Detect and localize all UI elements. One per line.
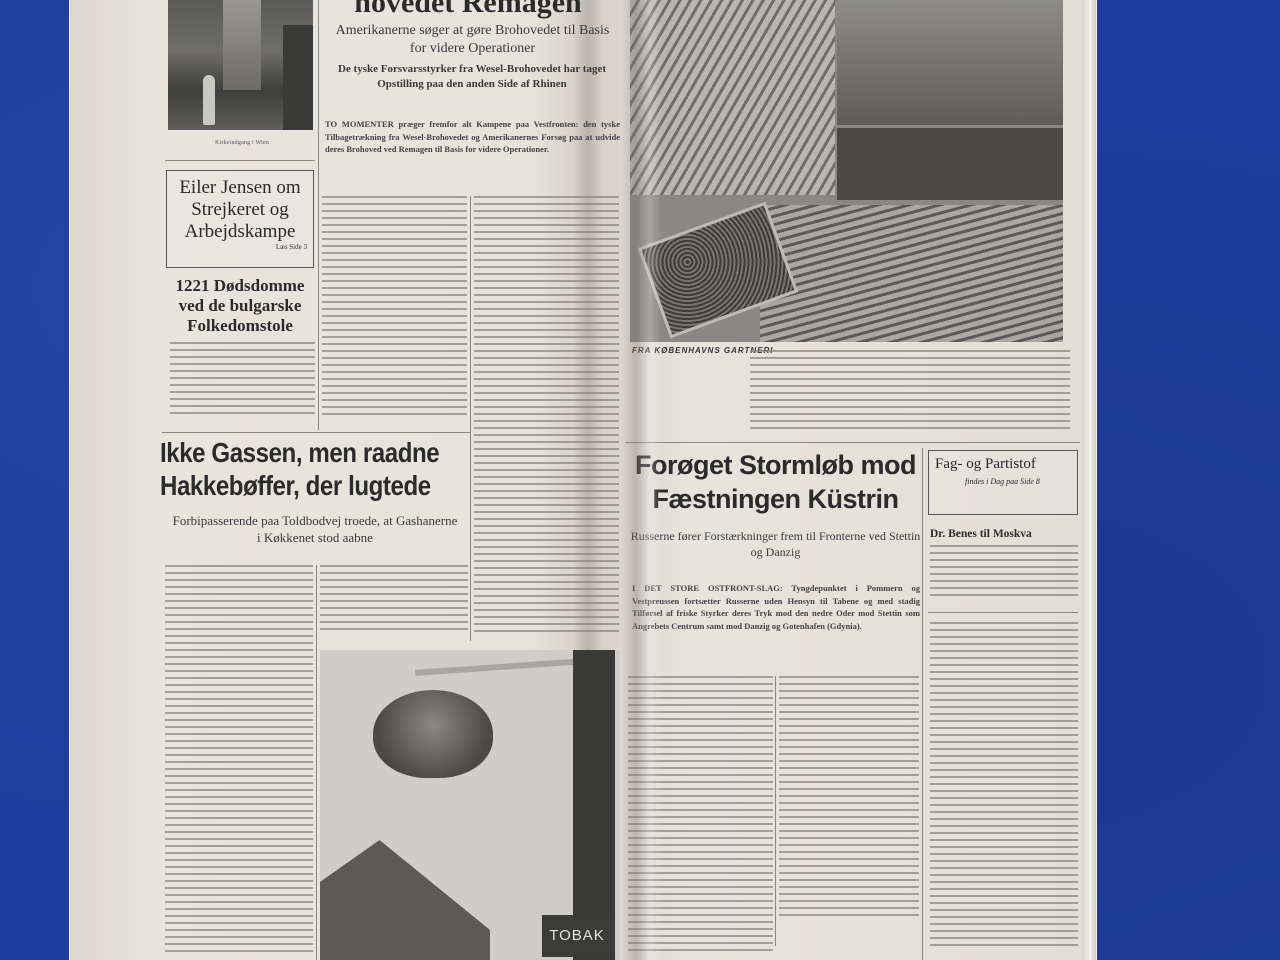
moskva-headline: Dr. Benes til Moskva	[930, 528, 1080, 540]
kustrin-lead: I DET STORE OSTFRONT-SLAG: Tyngdepunktet…	[632, 582, 920, 632]
teaser-ref: findes i Dag paa Side 8	[935, 477, 1071, 487]
column-rule	[922, 448, 923, 960]
teaser-title: Eiler Jensen om Strejkeret og Arbejdskam…	[167, 177, 313, 243]
church-photo-caption: Kirkeindgang i Wien	[172, 140, 312, 146]
kustrin-body-col2	[779, 676, 919, 931]
divider	[928, 612, 1078, 613]
remagen-lead: TO MOMENTER præger fremfor alt Kampene p…	[325, 118, 620, 156]
hat-sign	[373, 690, 493, 778]
garden-caption-text	[750, 350, 1070, 435]
tobak-sign-text: TOBAK	[542, 915, 612, 957]
teaser-title: Fag- og Partistof	[935, 455, 1071, 473]
teaser-ref: Læs Side 3	[167, 243, 313, 251]
church-photo	[168, 0, 313, 130]
column-rule	[318, 0, 319, 430]
remagen-headline: hovedet Remagen	[318, 0, 618, 20]
bulgaria-body	[170, 342, 315, 427]
moskva-body	[930, 545, 1078, 603]
tobak-shop-photo: TOBAK	[320, 650, 620, 960]
teaser-box-strejkeret[interactable]: Eiler Jensen om Strejkeret og Arbejdskam…	[166, 170, 314, 268]
remagen-body-col2	[474, 196, 619, 641]
remagen-subdeck: De tyske Forsvarsstyrker fra Wesel-Broho…	[322, 62, 622, 92]
hakkeboffer-deck: Forbipasserende paa Toldbodvej troede, a…	[170, 512, 460, 546]
kustrin-deck: Russerne fører Forstærkninger frem til F…	[628, 528, 923, 560]
divider	[162, 432, 470, 433]
kustrin-body-col1	[628, 676, 773, 960]
remagen-deck: Amerikanerne søger at gøre Brohovedet ti…	[330, 22, 615, 58]
divider	[165, 160, 315, 161]
column-rule	[775, 676, 776, 946]
hakkeboffer-headline: Ikke Gassen, men raadne Hakkebøffer, der…	[160, 436, 465, 502]
right-column-body	[930, 622, 1078, 960]
divider	[625, 442, 1080, 443]
column-rule	[316, 565, 317, 960]
column-rule	[470, 196, 471, 641]
kustrin-headline: Forøget Stormløb mod Fæstningen Küstrin	[628, 448, 923, 516]
hakkeboffer-body-col2	[320, 565, 468, 640]
bulgaria-headline: 1221 Dødsdomme ved de bulgarske Folkedom…	[164, 276, 316, 336]
paper-edge	[1082, 0, 1096, 960]
teaser-box-fag-partistof[interactable]: Fag- og Partistof findes i Dag paa Side …	[928, 450, 1078, 515]
remagen-body-col1	[322, 196, 467, 426]
hakkeboffer-body-col1	[165, 565, 313, 960]
garden-photo-collage	[630, 0, 1063, 342]
